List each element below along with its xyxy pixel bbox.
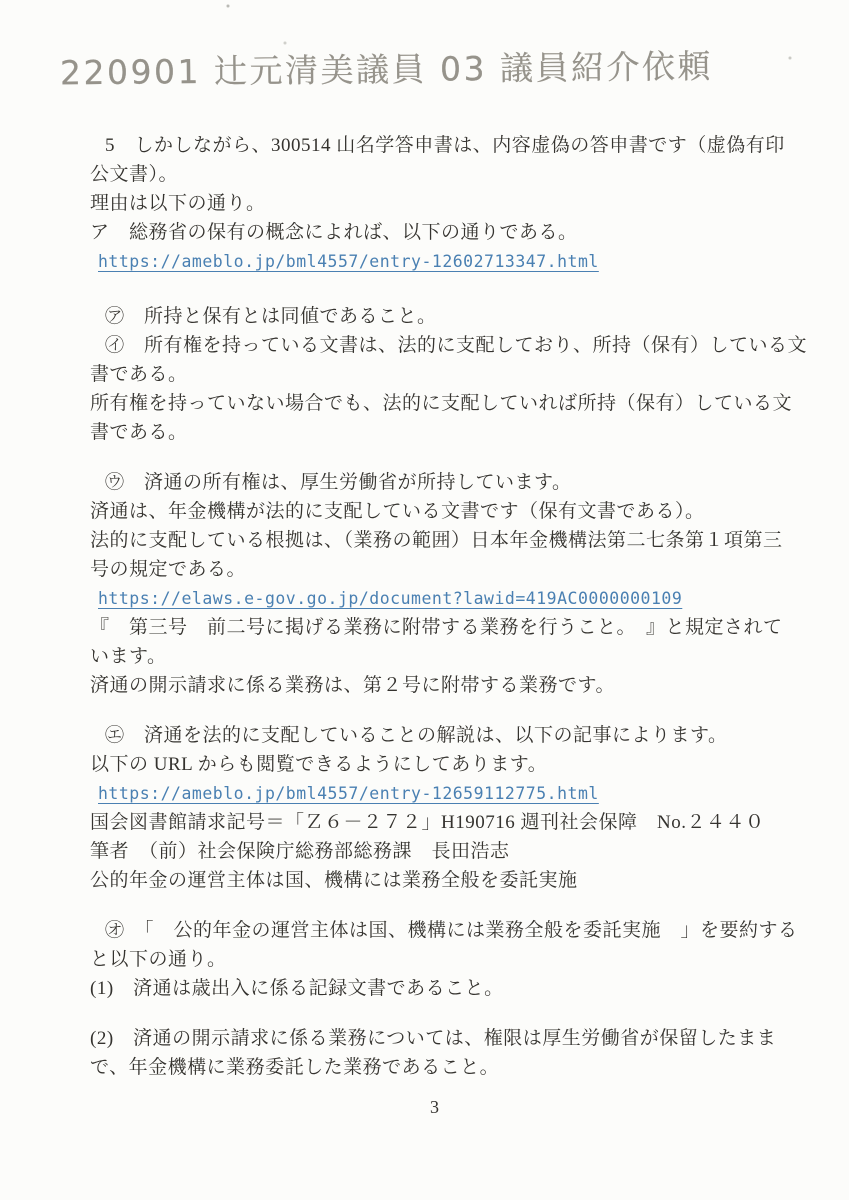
text-line: で、年金機構に業務委託した業務であること。 <box>90 1053 790 1082</box>
text-line: (1) 済通は歳出入に係る記録文書であること。 <box>90 974 790 1003</box>
url-link[interactable]: https://elaws.e-gov.go.jp/document?lawid… <box>98 589 682 608</box>
text-line: 所有権を持っていない場合でも、法的に支配していれば所持（保有）している文 <box>90 389 790 418</box>
text-line: 公的年金の運営主体は国、機構には業務全般を委託実施 <box>90 866 790 895</box>
url-link[interactable]: https://ameblo.jp/bml4557/entry-12602713… <box>98 252 599 271</box>
link-line: https://elaws.e-gov.go.jp/document?lawid… <box>90 584 790 613</box>
link-line: https://ameblo.jp/bml4557/entry-12602713… <box>90 247 790 276</box>
page-number: 3 <box>90 1097 780 1118</box>
text-line: ㋒ 済通の所有権は、厚生労働省が所持しています。 <box>90 468 790 497</box>
text-line: 書である。 <box>90 418 790 447</box>
text-line: と以下の通り。 <box>90 945 790 974</box>
text-line: 法的に支配している根拠は、（業務の範囲）日本年金機構法第二七条第１項第三 <box>90 526 790 555</box>
text-line: 済通の開示請求に係る業務は、第２号に附帯する業務です。 <box>90 671 790 700</box>
link-line: https://ameblo.jp/bml4557/entry-12659112… <box>90 779 790 808</box>
text-line: 国会図書館請求記号＝「Ｚ６－２７２」H190716 週刊社会保障 No.２４４０ <box>90 808 790 837</box>
text-line: ㋓ 済通を法的に支配していることの解説は、以下の記事によります。 <box>90 721 790 750</box>
text-line: 書である。 <box>90 360 790 389</box>
scanned-document-page: 220901 辻元清美議員 03 議員紹介依頼 5 しかしながら、300514 … <box>0 0 849 1200</box>
document-body: 5 しかしながら、300514 山名学答申書は、内容虚偽の答申書です（虚偽有印公… <box>90 131 790 1082</box>
text-line: 5 しかしながら、300514 山名学答申書は、内容虚偽の答申書です（虚偽有印 <box>90 131 790 160</box>
text-line: います。 <box>90 642 790 671</box>
text-line: (2) 済通の開示請求に係る業務については、権限は厚生労働省が保留したまま <box>90 1024 790 1053</box>
text-line: ㋑ 所有権を持っている文書は、法的に支配しており、所持（保有）している文 <box>90 331 790 360</box>
text-line: ㋐ 所持と保有とは同値であること。 <box>90 302 790 331</box>
text-line: 号の規定である。 <box>90 555 790 584</box>
url-link[interactable]: https://ameblo.jp/bml4557/entry-12659112… <box>98 784 599 803</box>
text-line: 済通は、年金機構が法的に支配している文書です（保有文書である）。 <box>90 497 790 526</box>
text-line: ㋔ 「 公的年金の運営主体は国、機構には業務全般を委託実施 」を要約する <box>90 916 790 945</box>
text-line: 理由は以下の通り。 <box>90 189 790 218</box>
text-line: 以下の URL からも閲覧できるようにしてあります。 <box>90 750 790 779</box>
text-line: 筆者 （前）社会保険庁総務部総務課 長田浩志 <box>90 837 790 866</box>
text-line: 『 第三号 前二号に掲げる業務に附帯する業務を行うこと。 』と規定されて <box>90 613 790 642</box>
text-line: ア 総務省の保有の概念によれば、以下の通りである。 <box>90 218 790 247</box>
text-line: 公文書）。 <box>90 160 790 189</box>
handwritten-annotation: 220901 辻元清美議員 03 議員紹介依頼 <box>60 41 713 95</box>
